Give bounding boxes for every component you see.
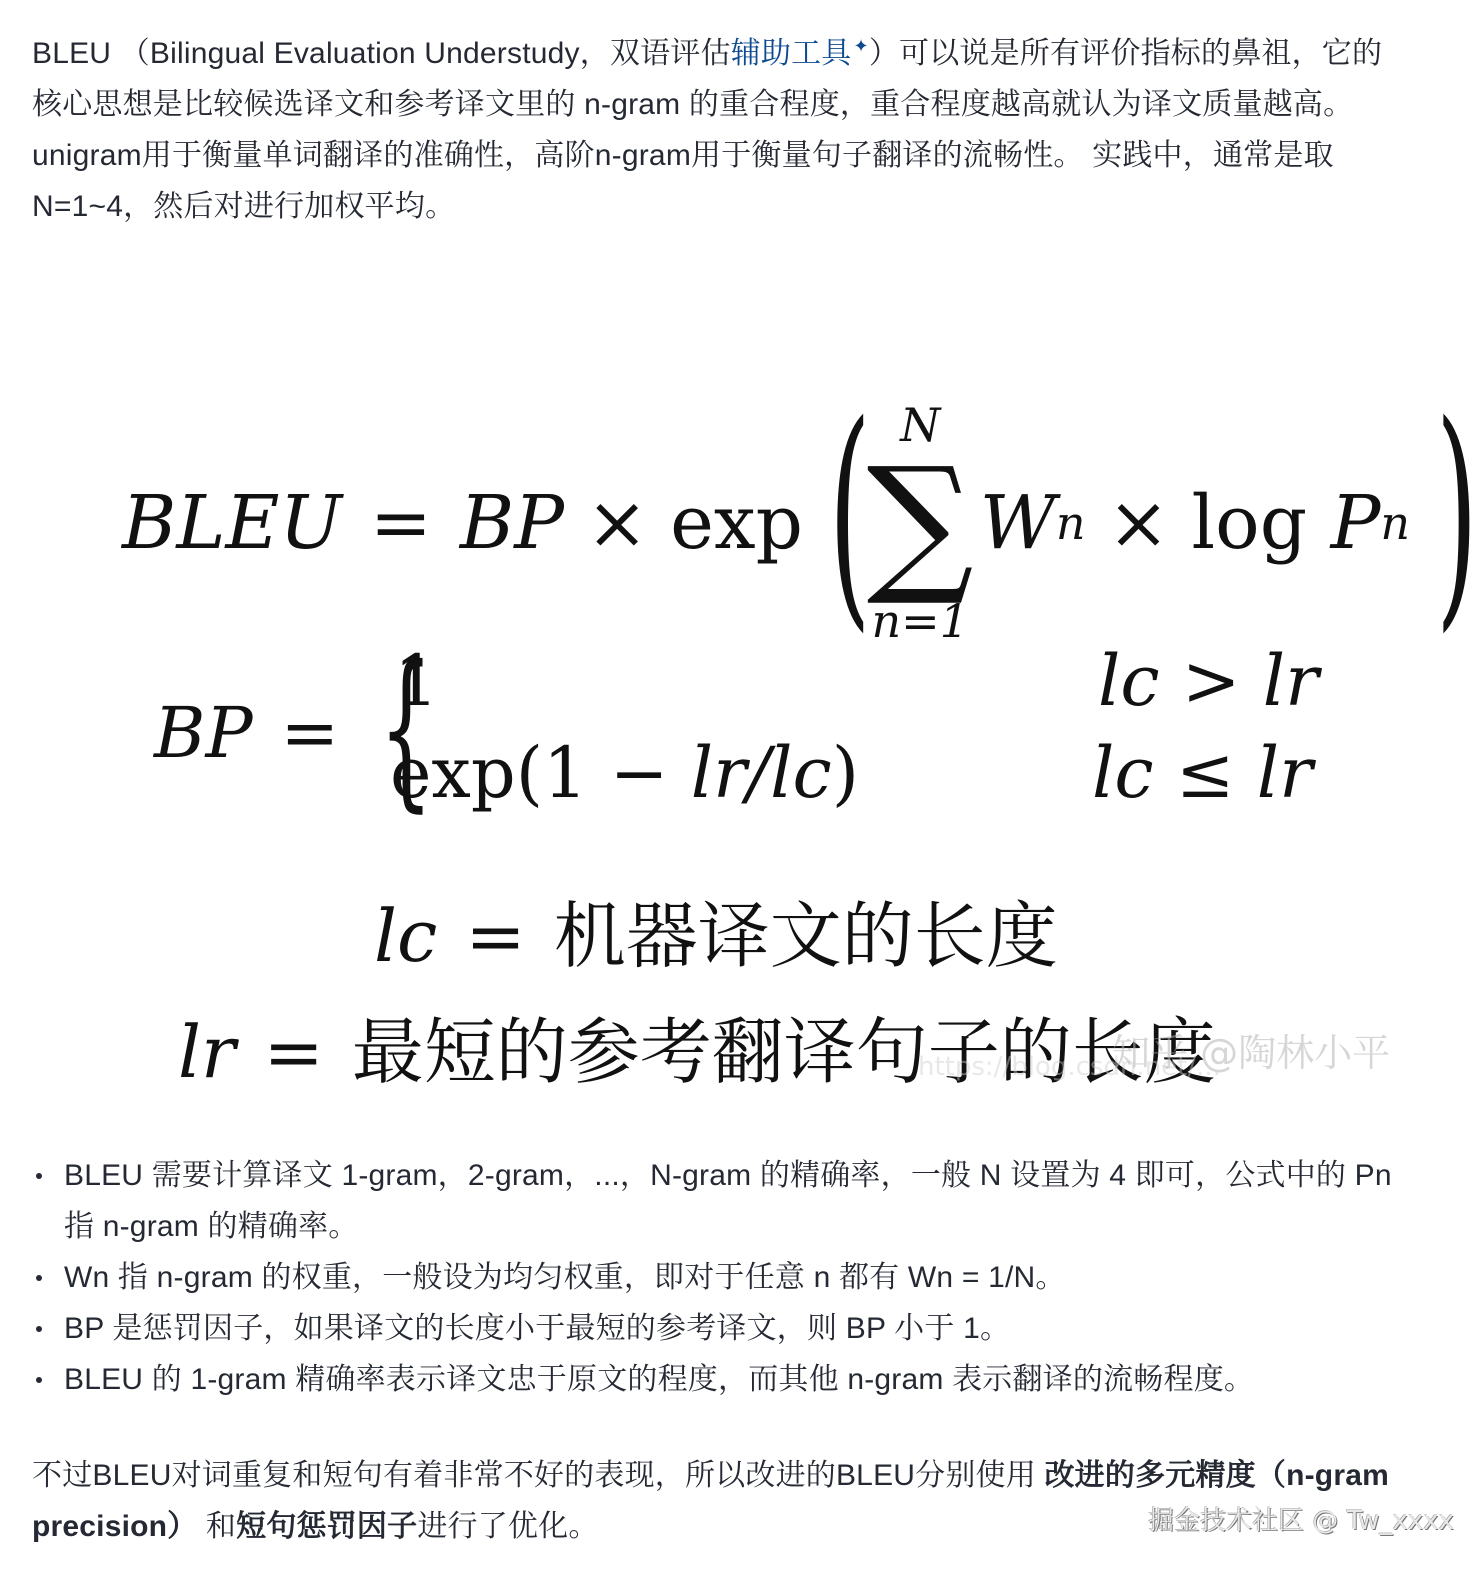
precision-subscript: n (1380, 496, 1410, 550)
equals-sign: = (281, 692, 340, 774)
summation: N ∑ n=1 (867, 402, 974, 644)
lc-symbol: lc (374, 894, 437, 978)
times-sign: × (586, 480, 648, 566)
bullet-icon (36, 1377, 42, 1383)
bleu-equation: BLEU = BP × exp ( N ∑ n=1 Wn × log Pn ) (122, 402, 1476, 644)
open-paren: ( (829, 393, 871, 633)
brevity-penalty-emphasis: 短句惩罚因子 (236, 1510, 417, 1543)
lr-definition: lr=最短的参考翻译句子的长度 (178, 994, 1216, 1098)
bp-symbol: BP (154, 692, 253, 774)
bp-symbol: BP (460, 480, 564, 566)
equals-sign: = (465, 894, 525, 978)
case2-value: exp(1 − lr/lc) (390, 732, 859, 814)
lc-definition: lc=机器译文的长度 (374, 878, 1058, 982)
sum-lower-bound: n=1 (871, 598, 968, 644)
case1-value: 1 (394, 640, 439, 722)
precision-symbol: P (1331, 480, 1381, 566)
image-watermark-url: https://blog.csdn.net/... (918, 1052, 1221, 1082)
times-sign-2: × (1107, 480, 1169, 566)
list-item: BLEU 的 1-gram 精确率表示译文忠于原文的程度，而其他 n-gram … (32, 1354, 1412, 1405)
sigma-symbol: ∑ (867, 448, 974, 598)
log-function: log (1191, 480, 1307, 566)
bullet-icon (36, 1326, 42, 1332)
assist-tool-link-label: 辅助工具 (731, 37, 852, 70)
lc-meaning: 机器译文的长度 (554, 894, 1058, 978)
bullet-icon (36, 1275, 42, 1281)
bullet-icon (36, 1173, 42, 1179)
weight-symbol: W (980, 480, 1056, 566)
lr-symbol: lr (178, 1010, 235, 1094)
explanation-list: BLEU 需要计算译文 1-gram，2-gram，...，N-gram 的精确… (32, 1150, 1412, 1405)
list-item: BP 是惩罚因子，如果译文的长度小于最短的参考译文，则 BP 小于 1。 (32, 1303, 1412, 1354)
equals-sign: = (263, 1010, 323, 1094)
assist-tool-link[interactable]: 辅助工具✦ (731, 37, 869, 70)
bp-piecewise-equation: BP= { 1 exp(1 − lr/lc) lc > lr lc ≤ lr (154, 640, 1354, 820)
intro-text-before-link: BLEU （Bilingual Evaluation Understudy，双语… (32, 37, 731, 70)
intro-paragraph: BLEU （Bilingual Evaluation Understudy，双语… (32, 21, 1412, 232)
weight-subscript: n (1056, 496, 1086, 550)
case1-condition: lc > lr (1098, 640, 1319, 722)
case2-condition: lc ≤ lr (1092, 732, 1313, 814)
sparkle-icon: ✦ (854, 36, 869, 56)
equals-sign: = (370, 480, 432, 566)
bp-lhs: BP= (154, 692, 367, 774)
site-watermark: 掘金技术社区 @ Tw_xxxx (1148, 1500, 1454, 1537)
list-item: BLEU 需要计算译文 1-gram，2-gram，...，N-gram 的精确… (32, 1150, 1412, 1252)
list-item: Wn 指 n-gram 的权重，一般设为均匀权重，即对于任意 n 都有 Wn =… (32, 1252, 1412, 1303)
exp-function: exp (670, 480, 803, 566)
close-paren: ) (1436, 393, 1476, 633)
bleu-symbol: BLEU (122, 480, 342, 566)
bleu-formula-image: BLEU = BP × exp ( N ∑ n=1 Wn × log Pn ) … (92, 300, 1432, 1100)
